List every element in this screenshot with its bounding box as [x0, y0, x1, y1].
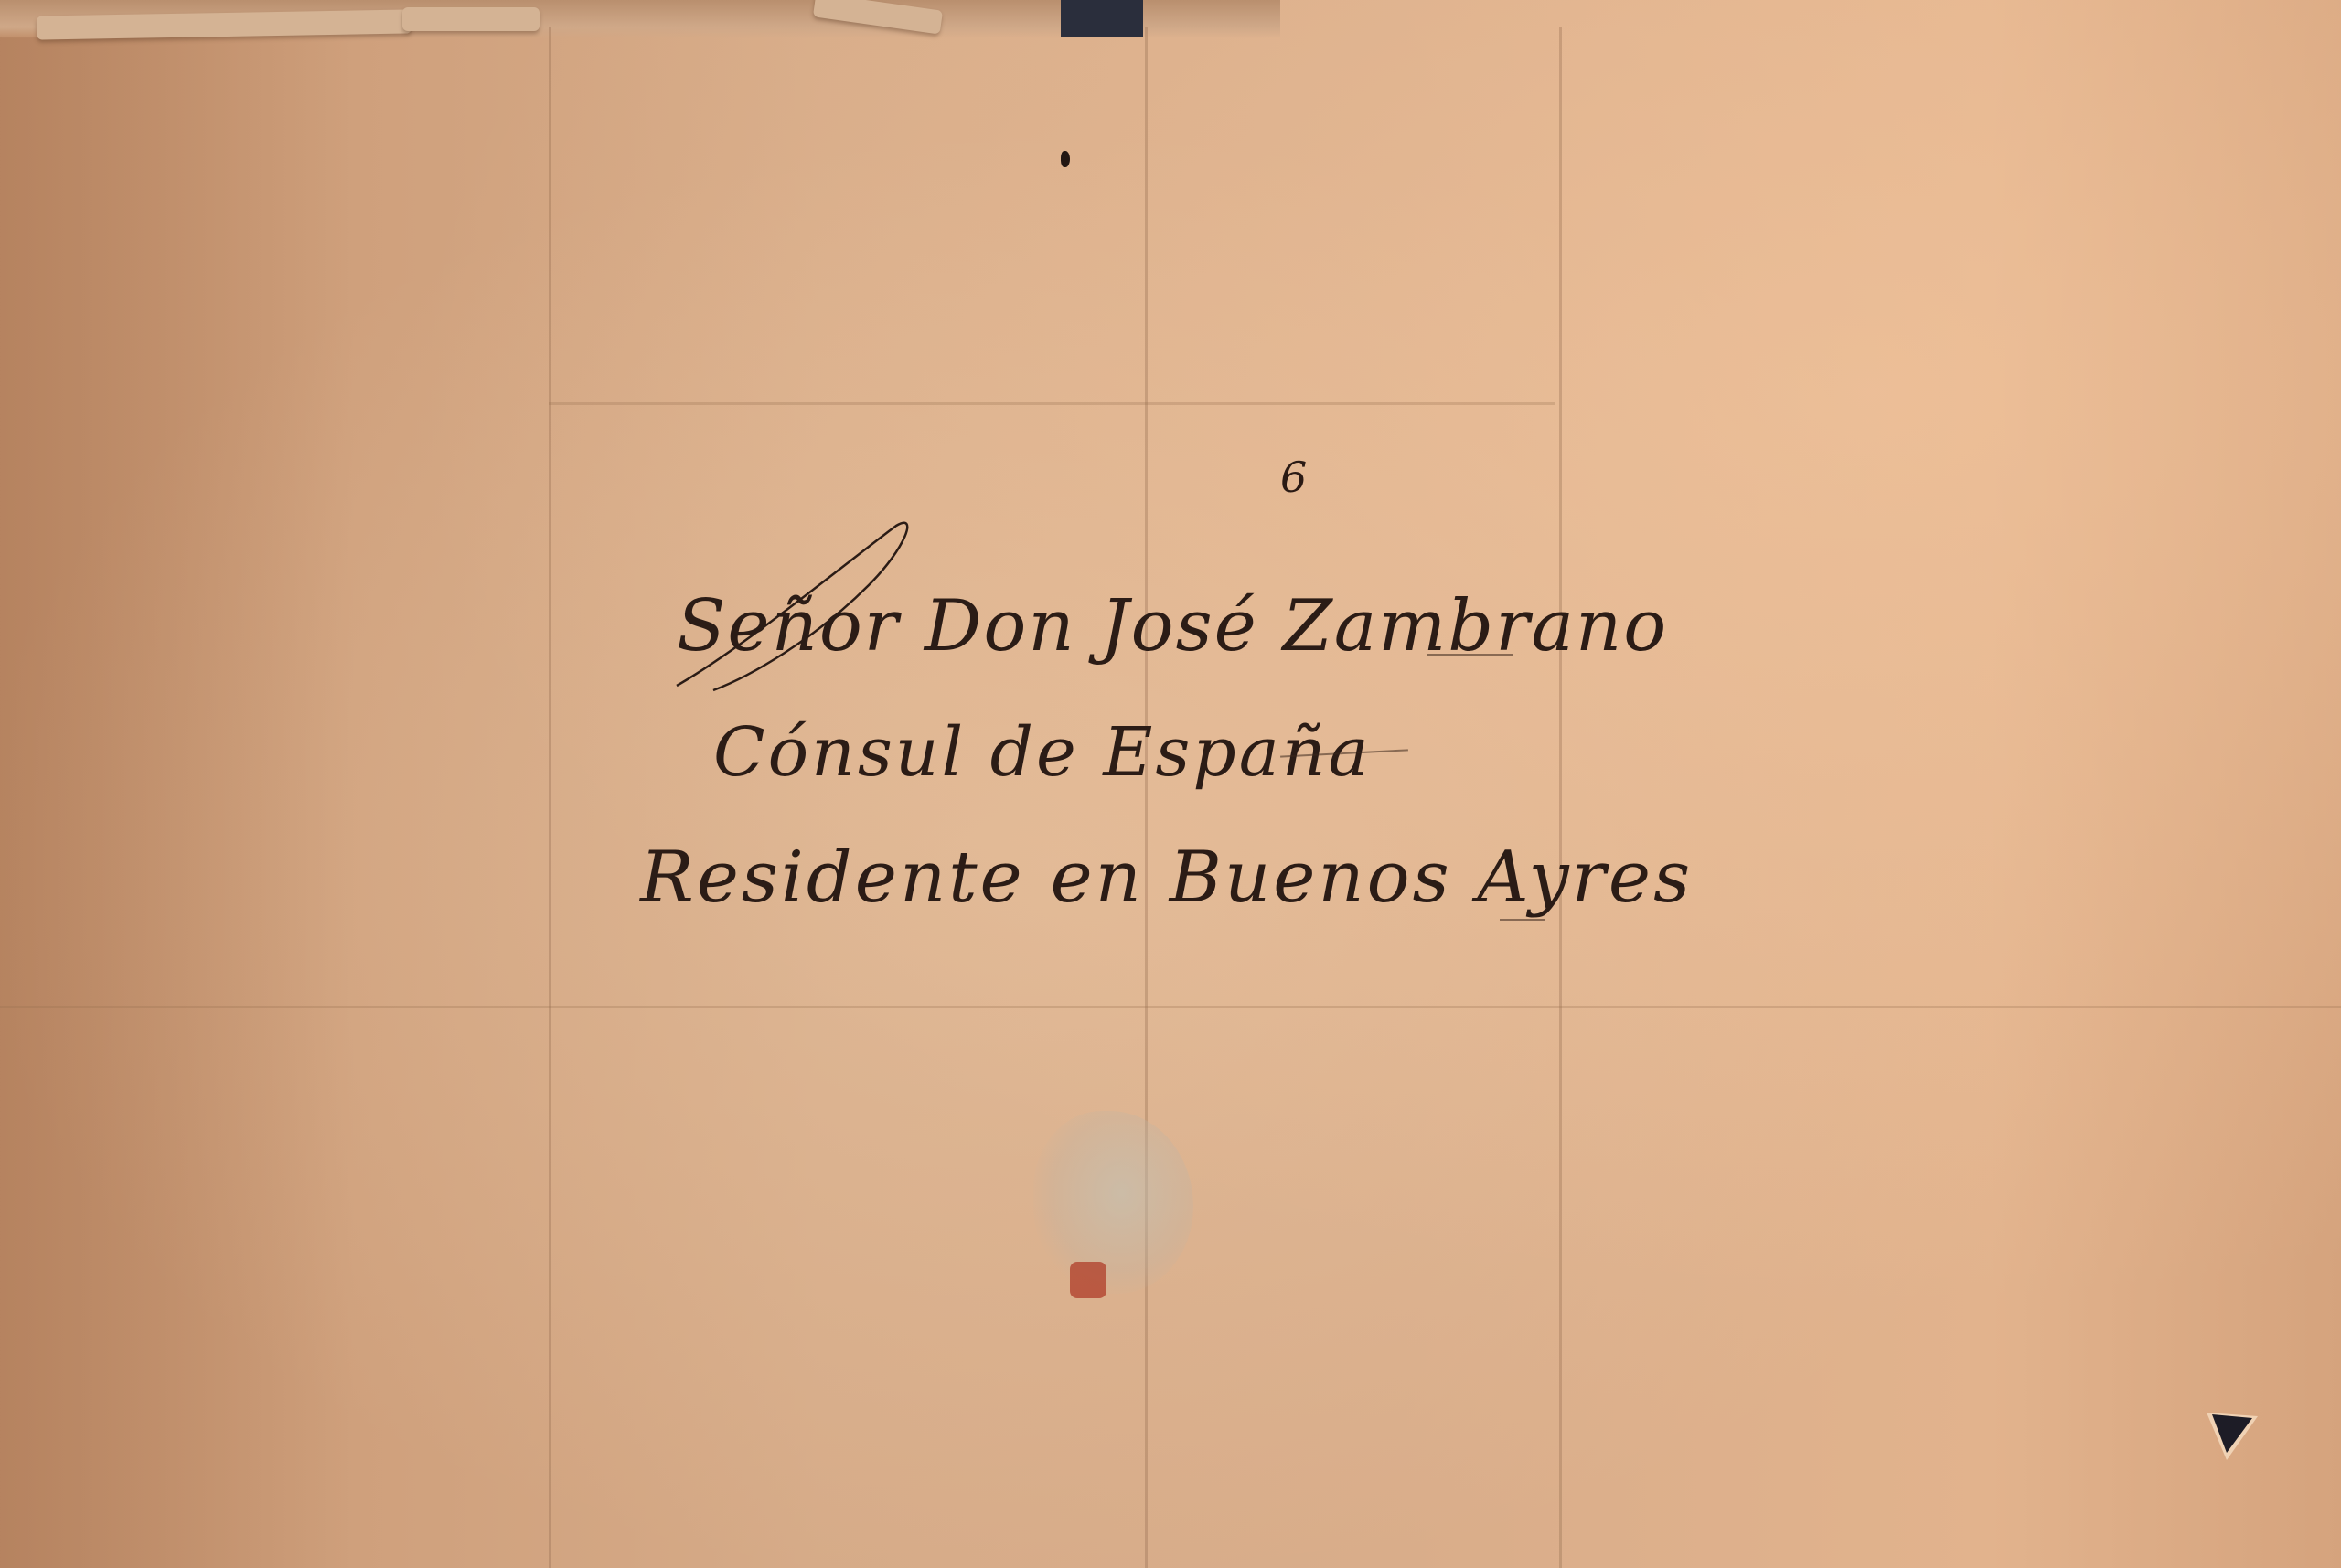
folio-number: 6 [1280, 453, 1307, 502]
fold-crease-horizontal [549, 402, 1555, 405]
address-line-residence: Residente en Buenos Ayres [640, 837, 1693, 919]
torn-strip [402, 7, 540, 31]
paper-shadow-panel [0, 37, 357, 1568]
wax-seal-residue [1070, 1262, 1106, 1298]
background-gap [1061, 0, 1143, 37]
address-line-recipient: Señor Don José Zambrano [677, 585, 1668, 667]
fold-crease-vertical [549, 27, 551, 1568]
paper-hole-icon [2199, 1403, 2265, 1469]
fold-crease-horizontal [0, 1006, 2341, 1008]
fold-crease-vertical [1145, 27, 1148, 1568]
underline-flourish [1427, 654, 1513, 656]
ink-spot [1061, 151, 1070, 167]
fold-crease-vertical [1559, 27, 1562, 1568]
address-line-title: Cónsul de España [713, 713, 1372, 792]
underline-flourish [1500, 919, 1545, 921]
